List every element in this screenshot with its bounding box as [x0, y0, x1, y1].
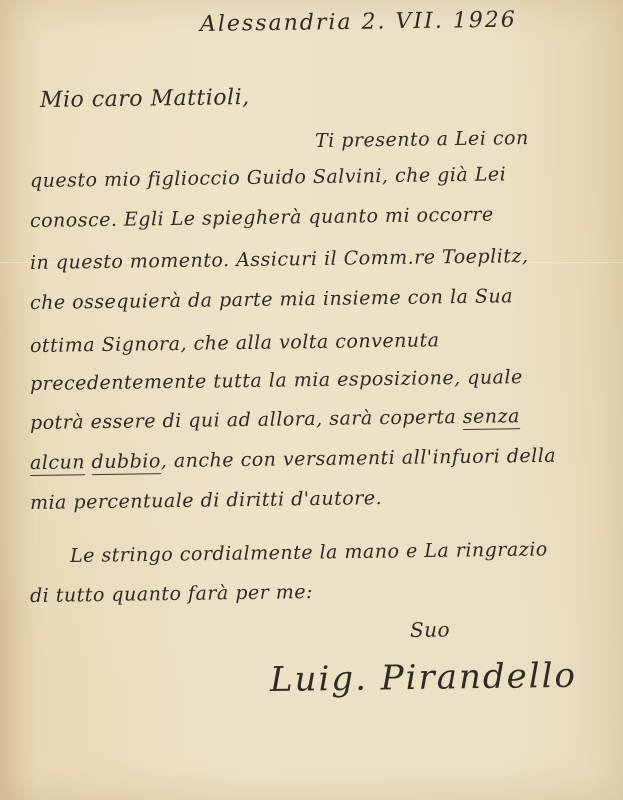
place-date: Alessandria 2. VII. 1926: [200, 8, 517, 37]
body-line-1: Ti presento a Lei con: [315, 127, 529, 152]
body-line-5: che ossequierà da parte mia insieme con …: [30, 285, 513, 314]
body-line-9-text: , anche con versamenti all'infuori della: [161, 445, 557, 473]
underlined-dubbio: dubbio: [91, 450, 161, 475]
body-line-10: mia percentuale di diritti d'autore.: [30, 487, 382, 514]
body-line-11: Le stringo cordialmente la mano e La rin…: [70, 538, 548, 567]
body-line-6: ottima Signora, che alla volta convenuta: [30, 329, 440, 357]
body-line-3: conosce. Egli Le spiegherà quanto mi occ…: [30, 204, 494, 232]
salutation: Mio caro Mattioli,: [40, 85, 250, 113]
body-line-8-text: potrà essere di qui ad allora, sarà cope…: [30, 406, 457, 434]
letter-page: Alessandria 2. VII. 1926 Mio caro Mattio…: [0, 0, 623, 800]
closing: Suo: [410, 617, 450, 642]
underlined-senza: senza: [463, 405, 520, 430]
underlined-alcun: alcun: [30, 451, 85, 476]
body-line-7: precedentemente tutta la mia esposizione…: [30, 366, 523, 395]
body-line-9: alcun dubbio, anche con versamenti all'i…: [30, 445, 556, 474]
body-line-2: questo mio figlioccio Guido Salvini, che…: [30, 163, 507, 192]
body-line-4: in questo momento. Assicuri il Comm.re T…: [30, 245, 529, 274]
body-line-8: potrà essere di qui ad allora, sarà cope…: [30, 405, 520, 434]
body-line-12: di tutto quanto farà per me:: [30, 581, 313, 607]
signature: Luig. Pirandello: [270, 656, 578, 700]
